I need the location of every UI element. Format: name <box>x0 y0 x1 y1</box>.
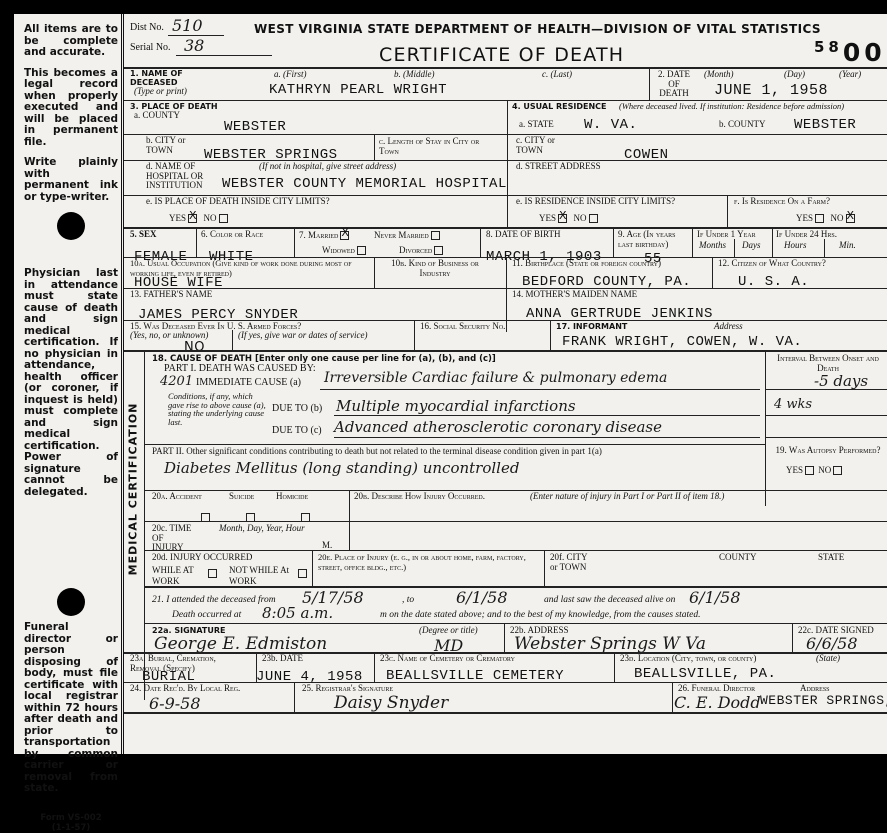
no-label: NO <box>204 213 217 223</box>
instruction-funeral-director: Funeral director or person disposing of … <box>24 622 118 761</box>
f1-middle: b. (Middle) <box>394 70 435 80</box>
f2-day: (Day) <box>784 70 805 80</box>
f4d-label: d. STREET ADDRESS <box>516 162 601 172</box>
attended-to: 6/1/58 <box>456 588 508 607</box>
f4f-no-checkbox[interactable] <box>846 214 855 223</box>
f23c-label: 23c. Name of Cemetery or Crematory <box>380 654 515 664</box>
f4-note: (Where deceased lived. If institution: R… <box>619 102 879 111</box>
medical-certification-text: MEDICAL CERTIFICATION <box>127 403 140 576</box>
f5-label: 5. SEX <box>130 230 157 240</box>
f20d-not: NOT WHILE At WORK <box>229 565 297 587</box>
f4e-no-checkbox[interactable] <box>589 214 598 223</box>
interval-b-value: 4 wks <box>774 397 812 412</box>
f1-label: 1. NAME OF DECEASED <box>130 70 200 87</box>
f3e-no-checkbox[interactable] <box>219 214 228 223</box>
no-label: NO <box>831 213 844 223</box>
interval-label: Interval Between Onset and Death <box>772 354 884 373</box>
under-24-hours-label: If Under 24 Hrs. <box>776 230 837 240</box>
f1-sub: (Type or print) <box>134 87 187 97</box>
cause-b-value: Multiple myocardial infarctions <box>336 397 576 415</box>
interval-a-value: -5 days <box>814 372 868 390</box>
f3e-answer: YES NO <box>169 214 230 224</box>
agency-title: WEST VIRGINIA STATE DEPARTMENT OF HEALTH… <box>254 22 821 36</box>
months-label: Months <box>699 241 726 251</box>
f3e-yes-checkbox[interactable] <box>188 214 197 223</box>
f23d-state: (State) <box>816 654 840 664</box>
not-while-at-work-checkbox[interactable] <box>298 569 307 578</box>
date-of-death: JUNE 1, 1958 <box>714 82 828 99</box>
due-to-b-label: DUE TO (b) <box>272 404 322 414</box>
instructions-sidebar: All items are to be complete and accurat… <box>14 14 122 754</box>
days-label: Days <box>742 241 761 251</box>
instruction-physician: Physician last in attendance must state … <box>24 268 118 498</box>
f11-label: 11. Birthplace (State or foreign country… <box>512 259 661 269</box>
yes-label: YES <box>786 465 803 475</box>
certificate-body: Dist No. 510 Serial No. 38 WEST VIRGINIA… <box>121 14 887 754</box>
f3b-label: b. CITY or TOWN <box>146 136 186 155</box>
death-county: WEBSTER <box>224 119 286 135</box>
autopsy-yes-checkbox[interactable] <box>805 466 814 475</box>
under-1-year-label: If Under 1 Year <box>697 230 756 240</box>
f23b-label: 23b. DATE <box>262 654 303 664</box>
f16-label: 16. Social Security No. <box>420 322 505 332</box>
burial-location: BEALLSVILLE, PA. <box>634 666 776 682</box>
f17-address-label: Address <box>714 322 743 332</box>
f17-label: 17. INFORMANT <box>556 322 627 332</box>
f15-sub2: (If yes, give war or dates of service) <box>238 331 367 341</box>
f20d-while: WHILE AT WORK <box>152 565 207 587</box>
no-label: NO <box>574 213 587 223</box>
certificate-title: CERTIFICATE OF DEATH <box>379 44 624 66</box>
f20b-note: (Enter nature of injury in Part I or Par… <box>530 492 724 502</box>
widowed-checkbox[interactable] <box>357 246 366 255</box>
f3e-label: e. IS PLACE OF DEATH INSIDE CITY LIMITS? <box>146 197 330 207</box>
accident-label: 20a. Accident <box>152 492 202 502</box>
immediate-cause-label: IMMEDIATE CAUSE (a) <box>196 378 301 388</box>
f2-month: (Month) <box>704 70 734 80</box>
f20c-label: 20c. TIME OF INJURY <box>152 524 192 553</box>
f4a-label: a. STATE <box>519 120 554 130</box>
f3d-note: (If not in hospital, give street address… <box>259 162 396 172</box>
widowed-label: Widowed <box>322 245 355 255</box>
f20f-label: 20f. CITY or TOWN <box>550 553 590 572</box>
medical-certification-label: MEDICAL CERTIFICATION <box>123 374 143 604</box>
f4b-label: b. COUNTY <box>719 120 766 130</box>
due-to-c-label: DUE TO (c) <box>272 426 322 436</box>
suicide-label: Suicide <box>229 492 254 502</box>
f20f-state: STATE <box>818 553 844 563</box>
hours-label: Hours <box>784 241 807 251</box>
f7-divorced: Divorced <box>399 246 445 256</box>
f14-label: 14. MOTHER'S MAIDEN NAME <box>512 290 637 300</box>
f4f-yes-checkbox[interactable] <box>815 214 824 223</box>
divorced-checkbox[interactable] <box>434 246 443 255</box>
f13-label: 13. FATHER'S NAME <box>130 290 212 300</box>
f20b-label: 20b. Describe How Injury Occurred. <box>354 492 485 502</box>
f21-to-label: , to <box>402 596 414 606</box>
f4e-answer: YES NO <box>539 214 600 224</box>
death-time: 8:05 a.m. <box>262 604 333 622</box>
married-label: 7. Married <box>299 230 338 240</box>
part2-label: PART II. Other significant conditions co… <box>152 447 602 457</box>
physician-signature: George E. Edmiston <box>154 634 327 654</box>
f21-text2: and last saw the deceased alive on <box>544 596 675 606</box>
f21-text4: m on the date stated above; and to the b… <box>380 611 700 621</box>
f2-label: 2. DATE OF DEATH <box>654 70 694 99</box>
armed-forces-value: NO <box>184 340 205 355</box>
f10b-label: 10b. Kind of Business or Industry <box>380 259 490 278</box>
f1-last: c. (Last) <box>542 70 572 80</box>
f22a-degree: (Degree or title) <box>419 626 478 636</box>
f2-year: (Year) <box>839 70 861 80</box>
punch-hole-icon <box>57 212 85 240</box>
death-certificate: All items are to be complete and accurat… <box>14 14 887 754</box>
certificate-number-value: 008719 <box>843 38 887 67</box>
f7-married: 7. Married <box>299 231 351 241</box>
date-signed: 6/6/58 <box>806 634 858 653</box>
certificate-number: 58008719 <box>814 38 887 67</box>
conditions-note: Conditions, if any, which gave rise to a… <box>168 392 268 426</box>
f1-first: a. (First) <box>274 70 307 80</box>
cause-c-value: Advanced atherosclerotic coronary diseas… <box>334 418 662 436</box>
cause-code: 4201 <box>160 374 193 389</box>
instruction-write-plainly: Write plainly with permanent ink or type… <box>24 157 118 203</box>
while-at-work-checkbox[interactable] <box>208 569 217 578</box>
f4f-label: f. Is Residence On a Farm? <box>734 197 830 207</box>
hospital-name: WEBSTER COUNTY MEMORIAL HOSPITAL <box>222 176 507 192</box>
funeral-director-signature: C. E. Dodd <box>674 693 761 712</box>
date-received: 6-9-58 <box>149 694 201 713</box>
f7-never: Never Married <box>374 231 442 241</box>
last-seen-alive: 6/1/58 <box>689 588 741 607</box>
serial-label: Serial No. <box>130 43 171 53</box>
informant-value: FRANK WRIGHT, COWEN, W. VA. <box>562 334 802 350</box>
instruction-legal-record: This becomes a legal record when properl… <box>24 68 118 149</box>
registrar-signature: Daisy Snyder <box>334 693 448 713</box>
f12-label: 12. Citizen of What Country? <box>718 259 826 269</box>
punch-hole-icon <box>57 588 85 616</box>
never-married-label: Never Married <box>374 230 429 240</box>
homicide-label: Homicide <box>276 492 308 502</box>
f4e-yes-checkbox[interactable] <box>558 214 567 223</box>
deceased-name: KATHRYN PEARL WRIGHT <box>269 82 447 98</box>
yes-label: YES <box>796 213 813 223</box>
f9-label: 9. Age (In years last birthday) <box>618 230 688 249</box>
f3a-label: a. COUNTY <box>134 111 180 121</box>
f4f-answer: YES NO <box>796 214 857 224</box>
f19-label: 19. Was Autopsy Performed? <box>772 446 884 456</box>
certificate-prefix: 58 <box>814 38 843 56</box>
serial-value: 38 <box>184 36 204 55</box>
f3c-label: c. Length of Stay in City or Town <box>379 137 499 156</box>
yes-label: YES <box>539 213 556 223</box>
f21-text3: Death occurred at <box>172 611 241 621</box>
part1-label: PART I. DEATH WAS CAUSED BY: <box>164 364 316 374</box>
f7-widowed: Widowed <box>322 246 368 256</box>
f19-answer: YES NO <box>786 466 844 476</box>
f24-label: 24. Date Rec'd. By Local Reg. <box>130 684 240 694</box>
married-checkbox[interactable] <box>340 231 349 240</box>
f8-label: 8. DATE OF BIRTH <box>486 230 560 240</box>
dist-value: 510 <box>172 16 203 35</box>
f20c-sub: Month, Day, Year, Hour <box>219 524 305 534</box>
no-label: NO <box>818 465 831 475</box>
residence-state: W. VA. <box>584 117 637 133</box>
yes-label: YES <box>169 213 186 223</box>
residence-county: WEBSTER <box>794 117 856 133</box>
f20e-label: 20e. Place of Injury (e. g., in or about… <box>318 553 538 572</box>
instruction-complete: All items are to be complete and accurat… <box>24 24 118 59</box>
f4c-label: c. CITY or TOWN <box>516 136 556 155</box>
min-label: Min. <box>839 241 856 251</box>
f6-label: 6. Color or Race <box>201 230 263 240</box>
autopsy-no-checkbox[interactable] <box>833 466 842 475</box>
f21-text1: 21. I attended the deceased from <box>152 596 276 606</box>
f4-label: 4. USUAL RESIDENCE <box>512 102 606 112</box>
f20d-label: 20d. INJURY OCCURRED <box>152 553 252 563</box>
never-married-checkbox[interactable] <box>431 231 440 240</box>
f23d-label: 23d. Location (City, town, or county) <box>620 654 756 664</box>
funeral-director-address: WEBSTER SPRINGS, W. VA. <box>760 693 887 708</box>
physician-address: Webster Springs W Va <box>514 634 706 654</box>
dist-label: Dist No. <box>130 23 164 33</box>
divorced-label: Divorced <box>399 245 432 255</box>
cause-a-value: Irreversible Cardiac failure & pulmonary… <box>324 370 667 386</box>
f4e-label: e. IS RESIDENCE INSIDE CITY LIMITS? <box>516 197 675 207</box>
f20f-county: COUNTY <box>719 553 757 563</box>
part2-value: Diabetes Mellitus (long standing) uncont… <box>164 459 519 477</box>
